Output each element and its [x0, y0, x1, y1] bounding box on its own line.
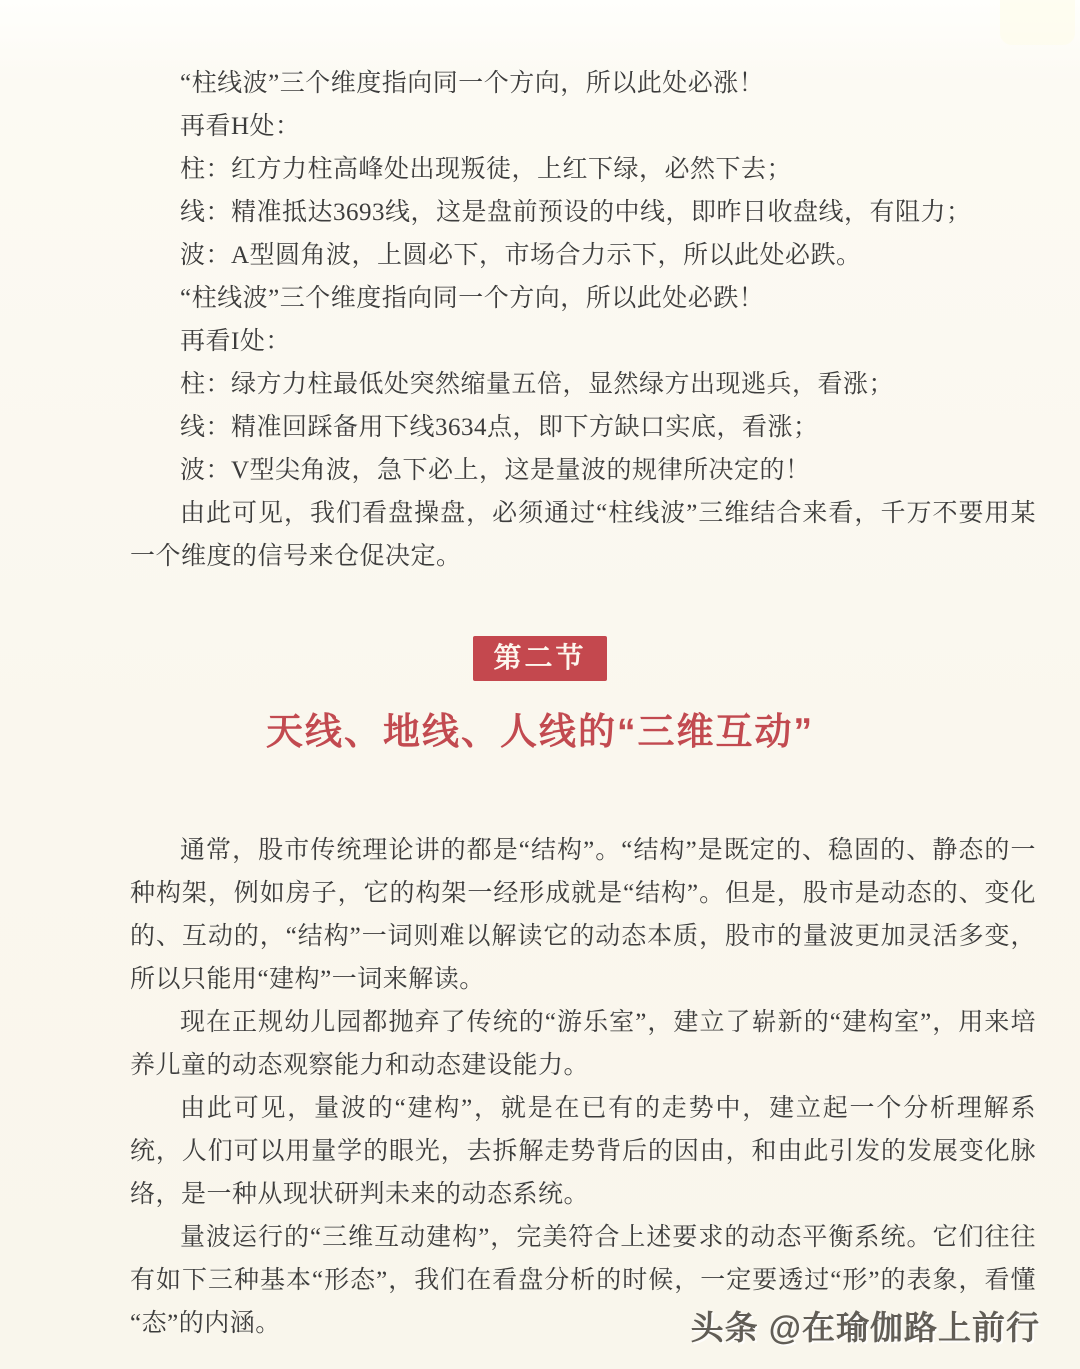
section-badge-row: 第二节	[0, 636, 1080, 681]
body-paragraph: 再看I处：	[130, 320, 1036, 363]
book-page: “柱线波”三个维度指向同一个方向，所以此处必涨！ 再看H处： 柱：红方力柱高峰处…	[0, 0, 1080, 1369]
body-paragraph: 线：精准抵达3693线，这是盘前预设的中线，即昨日收盘线，有阻力；	[130, 191, 1036, 234]
body-paragraph: 现在正规幼儿园都抛弃了传统的“游乐室”，建立了崭新的“建构室”，用来培养儿童的动…	[130, 1001, 1036, 1087]
watermark-text: 头条 @在瑜伽路上前行	[691, 1302, 1040, 1349]
section-b-text-block: 通常，股市传统理论讲的都是“结构”。“结构”是既定的、稳固的、静态的一种构架，例…	[0, 829, 1080, 1345]
section-title: 天线、地线、人线的“三维互动”	[0, 701, 1080, 755]
body-paragraph: 波：A型圆角波，上圆必下，市场合力示下，所以此处必跌。	[130, 234, 1036, 277]
body-paragraph: 线：精准回踩备用下线3634点，即下方缺口实底，看涨；	[130, 406, 1036, 449]
body-paragraph: 由此可见，量波的“建构”，就是在已有的走势中，建立起一个分析理解系统，人们可以用…	[130, 1087, 1036, 1216]
body-paragraph: 波：V型尖角波，急下必上，这是量波的规律所决定的！	[130, 449, 1036, 492]
body-paragraph: “柱线波”三个维度指向同一个方向，所以此处必跌！	[130, 277, 1036, 320]
section-a-text-block: “柱线波”三个维度指向同一个方向，所以此处必涨！ 再看H处： 柱：红方力柱高峰处…	[0, 0, 1080, 578]
body-paragraph: “柱线波”三个维度指向同一个方向，所以此处必涨！	[130, 62, 1036, 105]
body-paragraph: 柱：绿方力柱最低处突然缩量五倍，显然绿方出现逃兵，看涨；	[130, 363, 1036, 406]
body-paragraph: 柱：红方力柱高峰处出现叛徒，上红下绿，必然下去；	[130, 148, 1036, 191]
body-paragraph: 再看H处：	[130, 105, 1036, 148]
body-paragraph: 由此可见，我们看盘操盘，必须通过“柱线波”三维结合来看，千万不要用某一个维度的信…	[130, 492, 1036, 578]
body-paragraph: 通常，股市传统理论讲的都是“结构”。“结构”是既定的、稳固的、静态的一种构架，例…	[130, 829, 1036, 1001]
section-number-badge: 第二节	[473, 636, 606, 681]
scan-artifact	[1000, 0, 1075, 45]
